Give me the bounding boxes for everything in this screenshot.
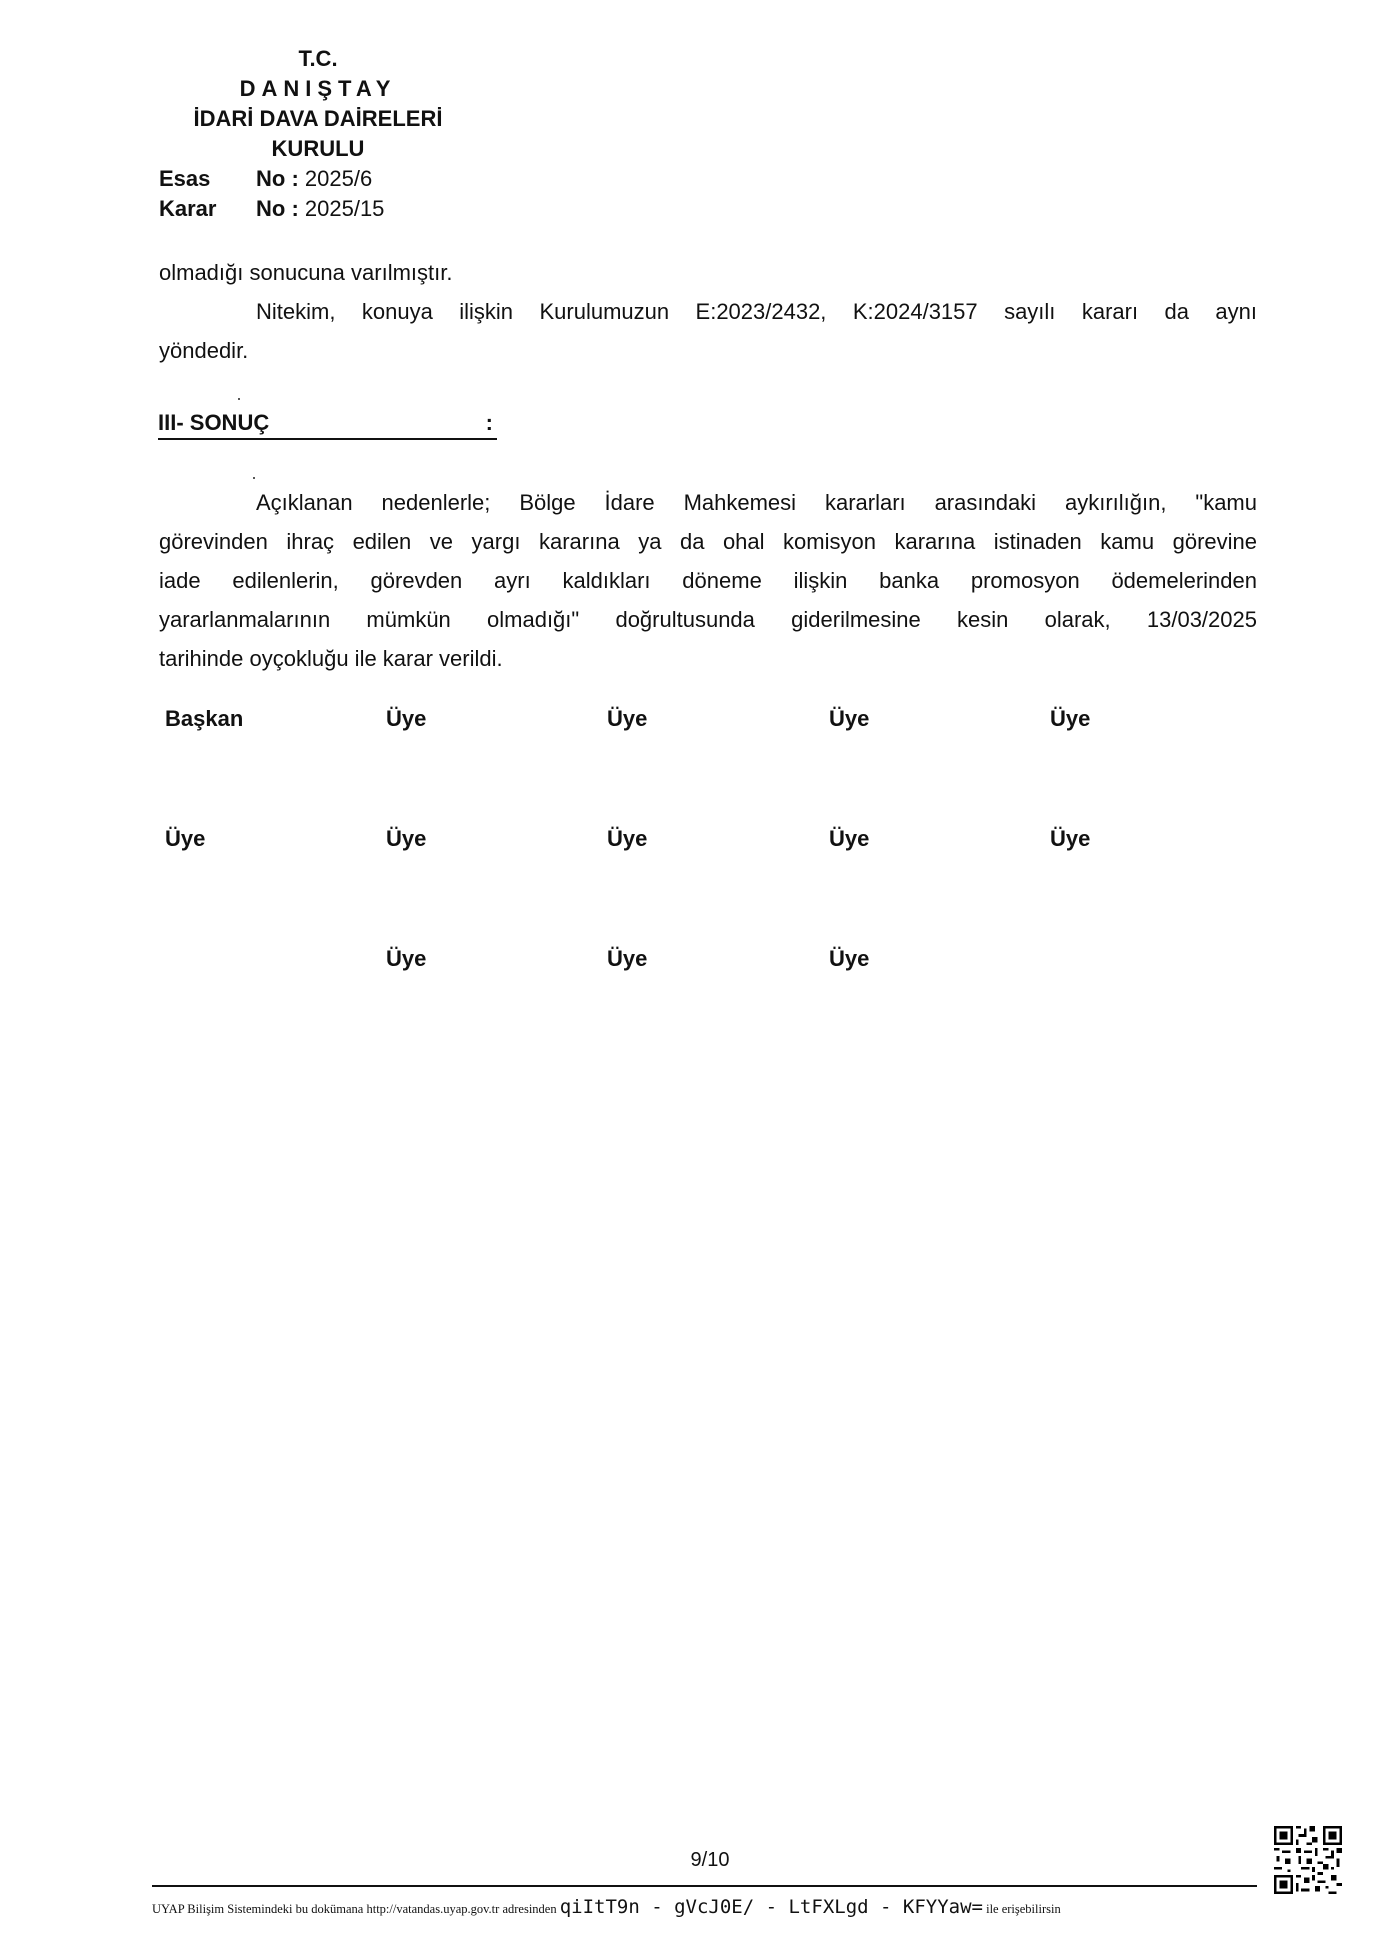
signature-member: Üye bbox=[829, 704, 869, 734]
header-tc: T.C. bbox=[150, 44, 486, 74]
conclusion-line-1: Açıklanan nedenlerle; Bölge İdare Mahkem… bbox=[256, 488, 1257, 518]
signature-member: Üye bbox=[607, 944, 647, 974]
body-paragraph-2-line-1: Nitekim, konuya ilişkin Kurulumuzun E:20… bbox=[256, 297, 1257, 327]
karar-label: Karar bbox=[159, 194, 256, 224]
footer-text-before: UYAP Bilişim Sistemindeki bu dokümana ht… bbox=[152, 1902, 557, 1916]
signature-member: Üye bbox=[607, 824, 647, 854]
esas-no-label: No : bbox=[256, 166, 299, 191]
header-department: İDARİ DAVA DAİRELERİ bbox=[150, 104, 486, 134]
signature-member: Üye bbox=[386, 704, 426, 734]
signature-member: Üye bbox=[829, 944, 869, 974]
conclusion-line-4: yararlanmalarının mümkün olmadığı" doğru… bbox=[159, 605, 1257, 635]
qr-code-icon bbox=[1274, 1826, 1342, 1894]
conclusion-line-2: görevinden ihraç edilen ve yargı kararın… bbox=[159, 527, 1257, 557]
esas-label: Esas bbox=[159, 164, 256, 194]
header-kurulu: KURULU bbox=[150, 134, 486, 164]
esas-number-row: EsasNo : 2025/6 bbox=[159, 164, 372, 194]
stray-dot-mark bbox=[238, 398, 240, 400]
karar-number-row: KararNo : 2025/15 bbox=[159, 194, 384, 224]
karar-no-label: No : bbox=[256, 196, 299, 221]
section-heading-text: III- SONUÇ bbox=[158, 410, 269, 435]
karar-number: 2025/15 bbox=[305, 196, 385, 221]
header-danistay: DANIŞTAY bbox=[150, 74, 486, 104]
footer-divider bbox=[152, 1885, 1257, 1887]
body-paragraph-2-line-2: yöndedir. bbox=[159, 336, 248, 366]
signature-member: Üye bbox=[1050, 704, 1090, 734]
page-number: 9/10 bbox=[650, 1846, 770, 1874]
conclusion-line-3: iade edilenlerin, görevden ayrı kaldıkla… bbox=[159, 566, 1257, 596]
signature-member: Üye bbox=[607, 704, 647, 734]
signature-member: Üye bbox=[829, 824, 869, 854]
section-heading-colon: : bbox=[486, 408, 493, 438]
footer-verification-text: UYAP Bilişim Sistemindeki bu dokümana ht… bbox=[152, 1895, 1061, 1921]
footer-text-after: ile erişebilirsin bbox=[986, 1902, 1061, 1916]
conclusion-line-5: tarihinde oyçokluğu ile karar verildi. bbox=[159, 644, 503, 674]
signature-president: Başkan bbox=[165, 704, 243, 734]
body-continued-line: olmadığı sonucuna varılmıştır. bbox=[159, 258, 452, 288]
signature-member: Üye bbox=[165, 824, 205, 854]
stray-dot-mark bbox=[253, 477, 255, 479]
signature-member: Üye bbox=[386, 824, 426, 854]
esas-number: 2025/6 bbox=[305, 166, 372, 191]
signature-member: Üye bbox=[1050, 824, 1090, 854]
signature-member: Üye bbox=[386, 944, 426, 974]
footer-access-code: qiItT9n - gVcJ0E/ - LtFXLgd - KFYYaw= bbox=[560, 1896, 983, 1918]
section-heading-sonuc: III- SONUÇ : bbox=[158, 408, 497, 440]
